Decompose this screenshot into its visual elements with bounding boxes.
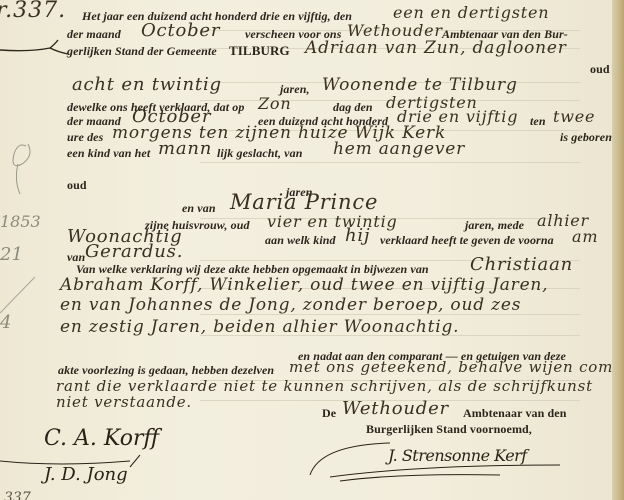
handwritten-sex: mann xyxy=(158,140,212,158)
handwritten-father: hem aangever xyxy=(333,140,465,158)
printed-text: akte voorlezing is gedaan, hebben dezelv… xyxy=(58,363,274,377)
handwritten-witness-residence: en zestig Jaren, beiden alhier Woonachti… xyxy=(60,318,459,336)
margin-note-number: 21 xyxy=(0,244,23,265)
signature-witness-1: C. A. Korff xyxy=(44,426,159,451)
binding-edge xyxy=(612,0,624,500)
handwritten-witness: Christiaan xyxy=(470,256,573,274)
printed-text: verklaard heeft te geven de voorna xyxy=(380,233,554,247)
printed-text: gerlijken Stand der Gemeente xyxy=(67,44,217,58)
margin-pencil-stroke-icon xyxy=(0,275,40,315)
margin-pencil-curl-icon xyxy=(4,140,34,200)
printed-text: oud xyxy=(67,178,87,192)
signature-witness-2: J. D. Jong xyxy=(44,464,128,485)
handwritten-declarant: Adriaan van Zun, daglooner xyxy=(305,39,567,57)
handwritten-official: Wethouder xyxy=(342,400,449,418)
printed-text: en van xyxy=(182,201,216,215)
handwritten-hour: twee xyxy=(553,108,595,126)
record-number: r.337. xyxy=(0,2,66,20)
municipality-name: TILBURG xyxy=(229,44,290,58)
handwritten-witness-1: Abraham Korff, Winkelier, oud twee en vi… xyxy=(60,276,548,294)
next-record-number: 337 xyxy=(4,490,31,500)
margin-note-count: 4 xyxy=(0,312,11,333)
handwritten-weekday: Zon xyxy=(258,95,291,113)
handwritten-text: met ons geteekend, behalve wijen compa- xyxy=(289,358,624,376)
register-page: r.337. 1853 21 4 Het jaar een duizend ac… xyxy=(0,0,612,500)
printed-text: jaren, mede xyxy=(465,218,524,232)
handwritten-month: October xyxy=(141,22,220,40)
handwritten-day: een en dertigsten xyxy=(393,4,549,22)
printed-text: een kind van het xyxy=(67,146,150,160)
handwritten-text: am xyxy=(572,228,598,246)
printed-text: ten xyxy=(530,114,546,128)
printed-text: ure des xyxy=(67,130,103,144)
handwritten-age: acht en twintig xyxy=(72,76,222,94)
record-number-flourish-icon xyxy=(0,40,70,56)
handwritten-residence: Woonende te Tilburg xyxy=(322,76,518,94)
printed-text: is geboren xyxy=(560,130,612,144)
handwritten-mother: Maria Prince xyxy=(230,193,378,211)
handwritten-child-name: Gerardus. xyxy=(85,243,183,261)
printed-text: Ambtenaar van den xyxy=(463,406,567,420)
printed-text: aan welk kind xyxy=(265,233,336,247)
printed-text: dag den xyxy=(333,100,373,114)
margin-note-year: 1853 xyxy=(0,212,41,231)
handwritten-pronoun: hij xyxy=(345,227,370,245)
printed-text: oud xyxy=(590,62,610,76)
printed-text: De xyxy=(322,406,336,420)
handwritten-mother-age: vier en twintig xyxy=(267,213,398,231)
handwritten-text: niet verstaande. xyxy=(56,393,192,411)
printed-text: lijk geslacht, van xyxy=(217,146,302,160)
handwritten-witness-2: en van Johannes de Jong, zonder beroep, … xyxy=(60,296,521,314)
printed-text: Burgerlijken Stand voornoemd, xyxy=(366,422,532,436)
printed-text: Van welke verklaring wij deze akte hebbe… xyxy=(76,262,429,276)
printed-text: der maand xyxy=(67,27,121,41)
signature-official: J. Strensonne Kerf xyxy=(388,446,527,465)
